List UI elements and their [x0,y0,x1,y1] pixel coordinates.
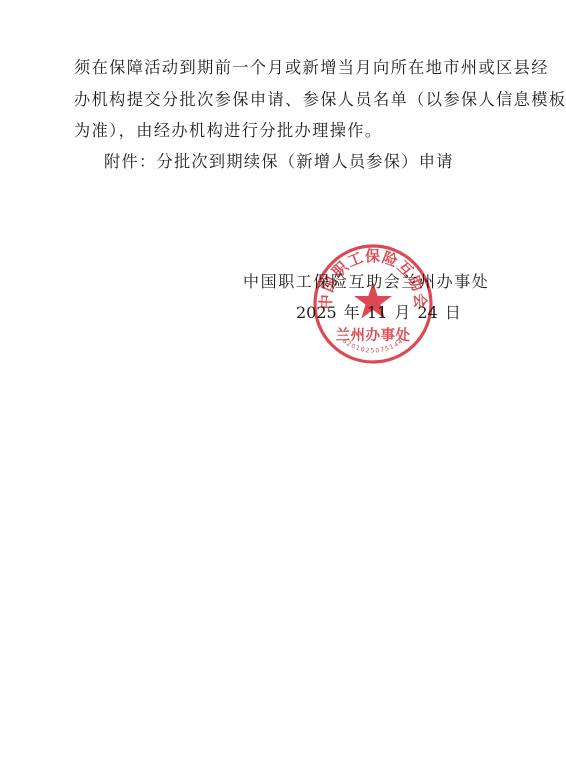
attachment-line: 附件：分批次到期续保（新增人员参保）申请 [104,146,454,177]
body-line: 须在保障活动到期前一个月或新增当月向所在地市州或区县经 [74,52,504,84]
body-line: 办机构提交分批次参保申请、参保人员名单（以参保人信息模板 [74,84,504,116]
body-line: 为准），由经办机构进行分批办理操作。 [74,115,504,147]
star-icon [354,282,392,319]
document-page: 须在保障活动到期前一个月或新增当月向所在地市州或区县经 办机构提交分批次参保申请… [0,0,566,758]
body-paragraph: 须在保障活动到期前一个月或新增当月向所在地市州或区县经 办机构提交分批次参保申请… [74,52,504,147]
seal-icon: 中国职工保险互助会 兰州办事处 6201025075144 [311,242,435,366]
official-seal: 中国职工保险互助会 兰州办事处 6201025075144 [311,242,435,366]
